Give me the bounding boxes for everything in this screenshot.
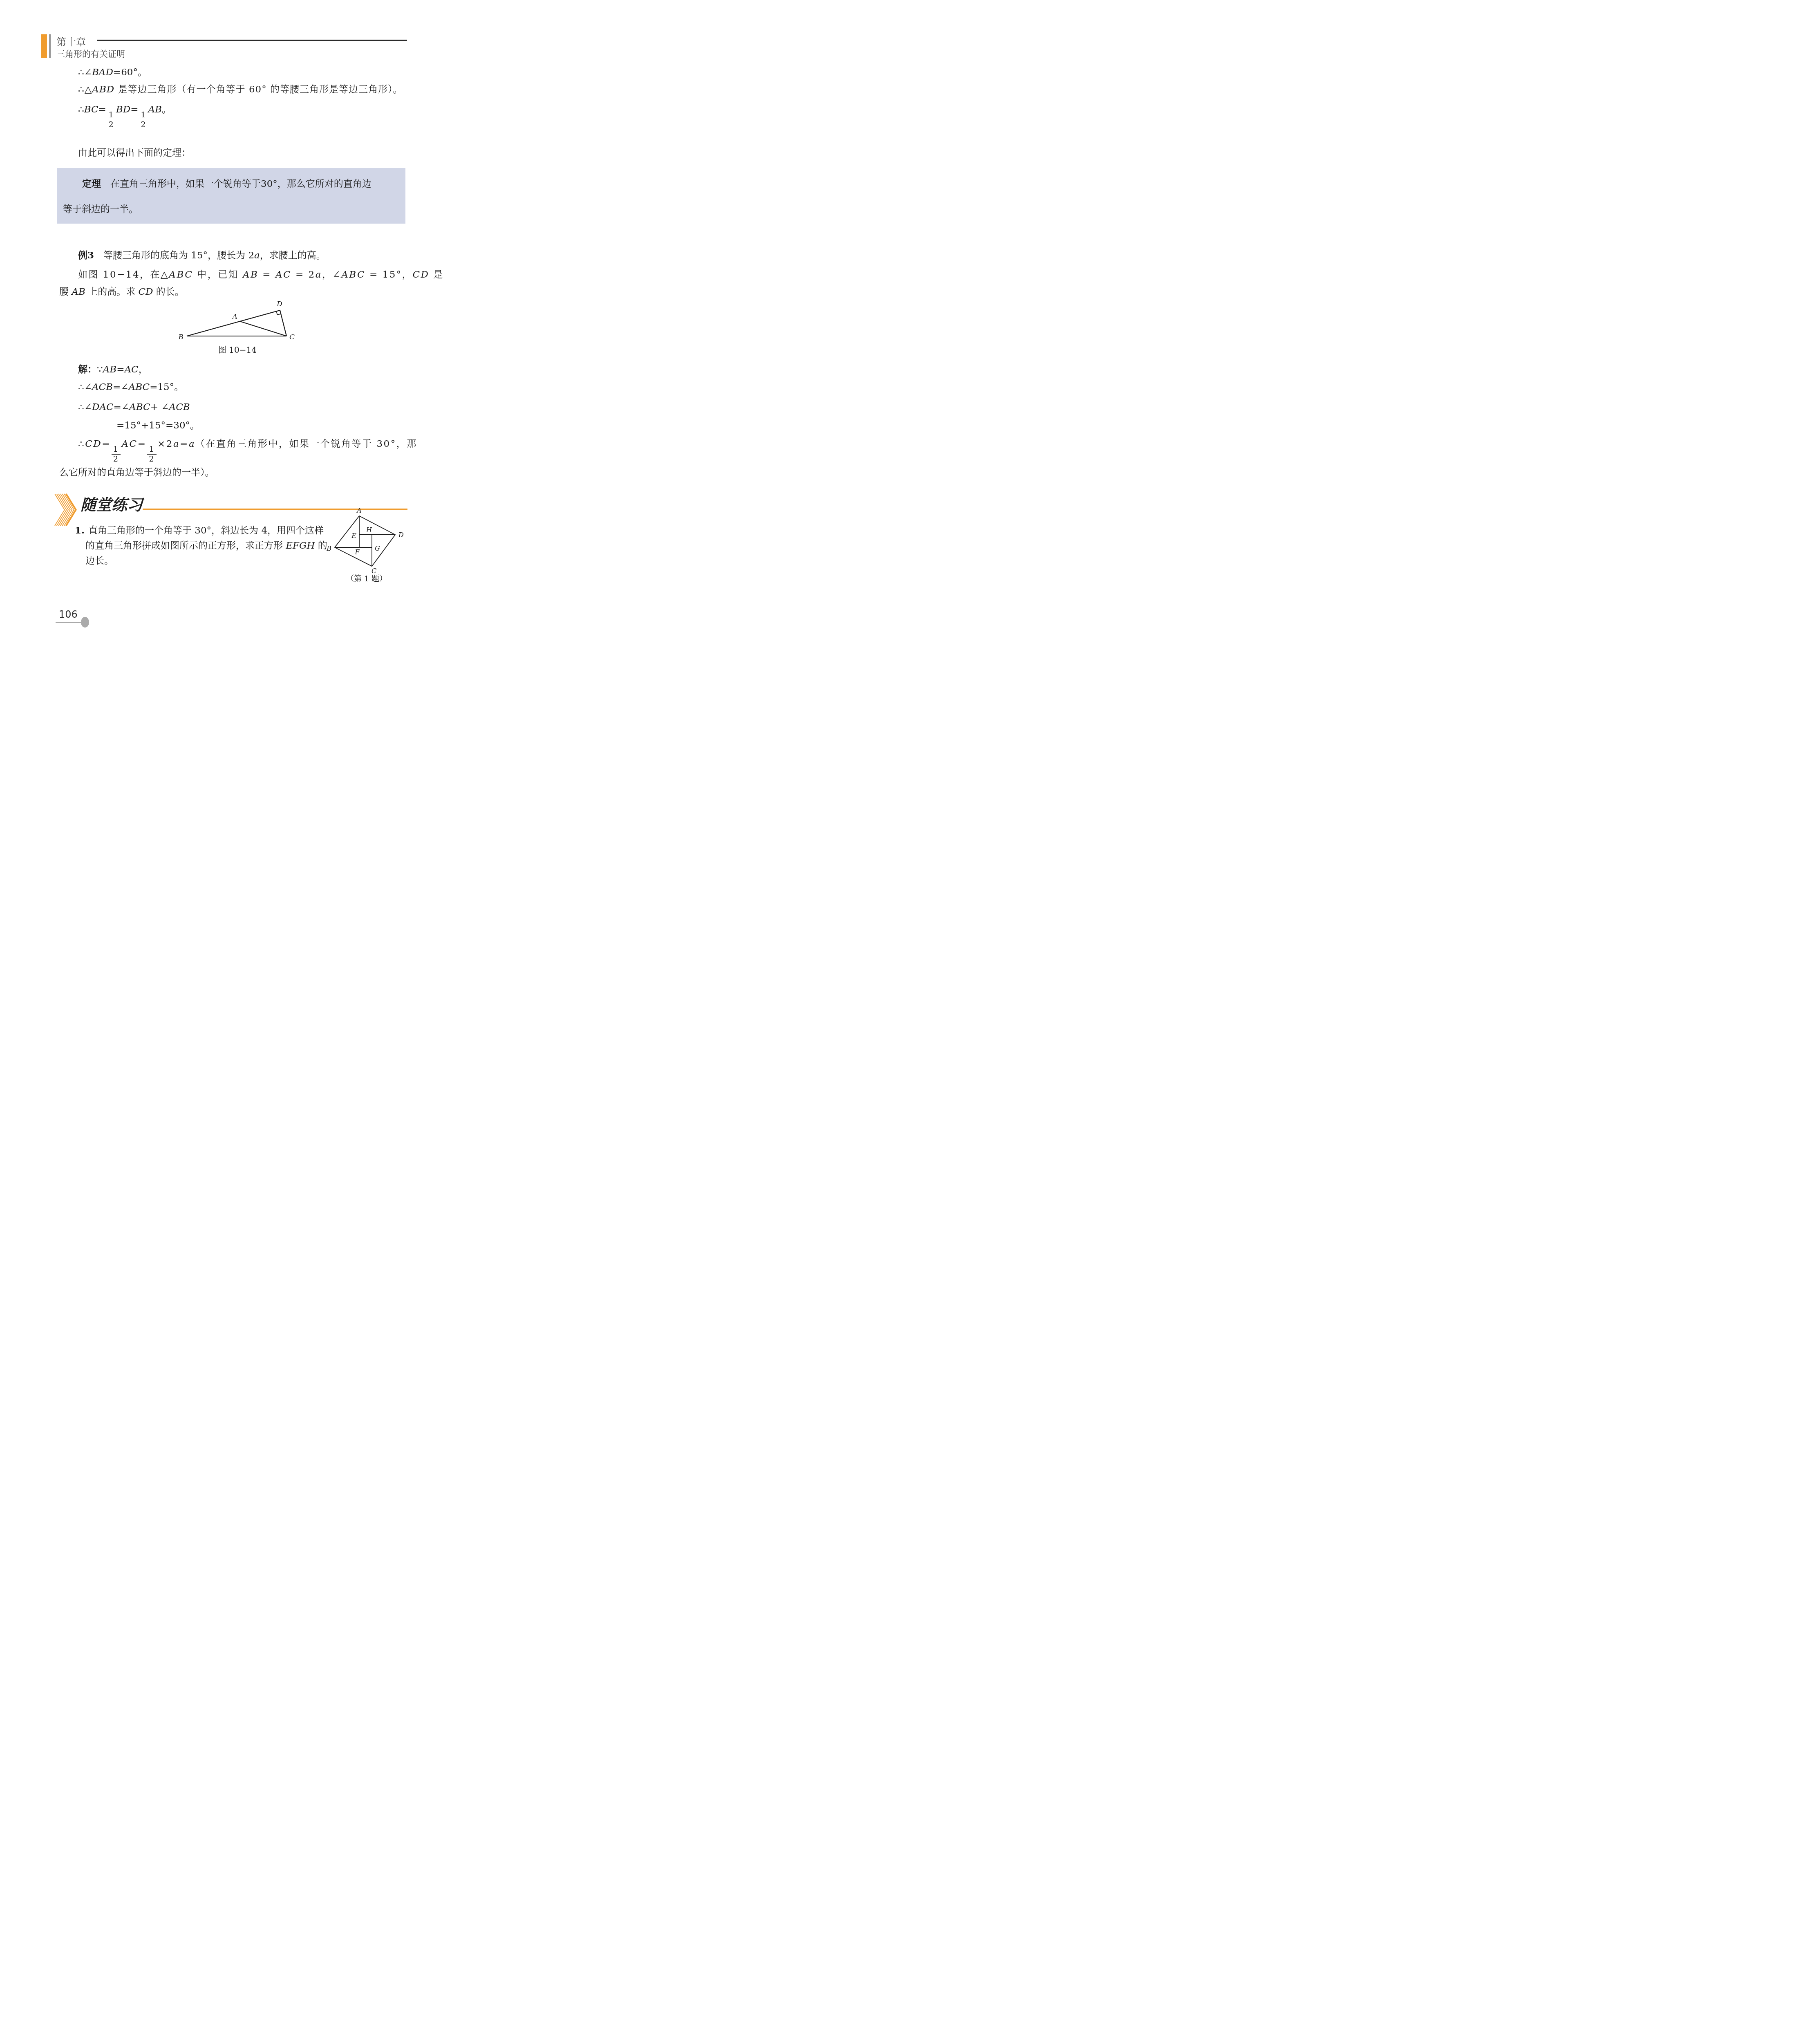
chapter-gray-bar — [49, 34, 51, 58]
fig2-label-a: A — [356, 507, 362, 514]
fig1-label-c: C — [289, 333, 295, 341]
chapter-number: 第十章 — [56, 34, 86, 48]
square-abcd-with-inner-efgh — [335, 516, 395, 566]
proof-line-equilateral: ∴△ABD 是等边三角形（有一个角等于 60° 的等腰三角形是等边三角形）。 — [78, 84, 403, 96]
solution-line3: ∴∠DAC=∠ABC+ ∠ACB — [78, 401, 190, 413]
fig2-label-g: G — [375, 545, 380, 552]
fraction: 12 — [139, 111, 147, 129]
figure-problem1: A B C D E F G H （第 1 题） — [325, 507, 419, 587]
textbook-page: 第十章 三角形的有关证明 ∴∠BAD=60°。 ∴△ABD 是等边三角形（有一个… — [0, 0, 454, 642]
fig2-label-c: C — [372, 567, 376, 575]
fig2-label-b: B — [326, 545, 331, 552]
figure-10-14: A B C D 图 10−14 — [153, 296, 317, 359]
fraction: 12 — [107, 111, 115, 129]
footer-dot — [81, 617, 89, 628]
practice-item1-line1: 1.直角三角形的一个角等于 30°，斜边长为 4，用四个这样 — [75, 525, 324, 537]
practice-chevron-icon — [54, 493, 77, 527]
solution-line6: 么它所对的直角边等于斜边的一半）。 — [59, 467, 215, 479]
fig2-label-h: H — [366, 526, 372, 534]
chapter-title: 三角形的有关证明 — [56, 47, 125, 60]
fig1-label-d: D — [276, 300, 282, 308]
solution-line1: 解：∵AB=AC， — [78, 364, 148, 376]
solution-line2: ∴∠ACB=∠ABC=15°。 — [78, 381, 184, 393]
fig2-label-e: E — [351, 532, 356, 540]
solution-line4: =15°+15°=30°。 — [116, 420, 199, 432]
theorem-box: 定理 在直角三角形中，如果一个锐角等于30°，那么它所对的直角边 等于斜边的一半… — [57, 168, 405, 224]
proof-line-angle-bad: ∴∠BAD=60°。 — [78, 67, 147, 78]
theorem-text-line1: 定理 在直角三角形中，如果一个锐角等于30°，那么它所对的直角边 — [82, 178, 372, 190]
theorem-text-line2: 等于斜边的一半。 — [63, 204, 138, 215]
practice-item1-number: 1. — [75, 525, 85, 536]
fig1-label-b: B — [178, 333, 184, 341]
example3-body-line1: 如图 10−14，在△ABC 中，已知 AB = AC = 2a，∠ABC = … — [78, 269, 444, 281]
page-number: 106 — [59, 609, 78, 620]
fig2-caption: （第 1 题） — [346, 574, 387, 583]
fig1-label-a: A — [232, 313, 237, 321]
fraction: 12 — [112, 446, 121, 463]
example3-title: 例3 等腰三角形的底角为 15°，腰长为 2a，求腰上的高。 — [78, 250, 326, 262]
fig1-caption: 图 10−14 — [218, 345, 257, 355]
header-rule — [97, 40, 407, 41]
proof-line-bc-fraction: ∴BC=12BD=12AB。 — [78, 104, 171, 128]
fraction: 12 — [147, 446, 157, 463]
practice-item1-line2: 的直角三角形拼成如图所示的正方形，求正方形 EFGH 的 — [85, 540, 327, 552]
fig2-label-d: D — [398, 531, 404, 539]
chapter-accent-bar — [41, 34, 47, 58]
theorem-intro: 由此可以得出下面的定理： — [78, 147, 191, 159]
practice-item1-text1: 直角三角形的一个角等于 30°，斜边长为 4，用四个这样 — [88, 525, 324, 536]
solution-line5: ∴CD=12AC=12×2a=a（在直角三角形中，如果一个锐角等于 30°，那 — [78, 438, 417, 463]
practice-heading: 随堂练习 — [81, 497, 143, 513]
fig2-label-f: F — [354, 548, 360, 556]
practice-item1-line3: 边长。 — [85, 555, 114, 567]
footer-rule — [56, 622, 81, 623]
